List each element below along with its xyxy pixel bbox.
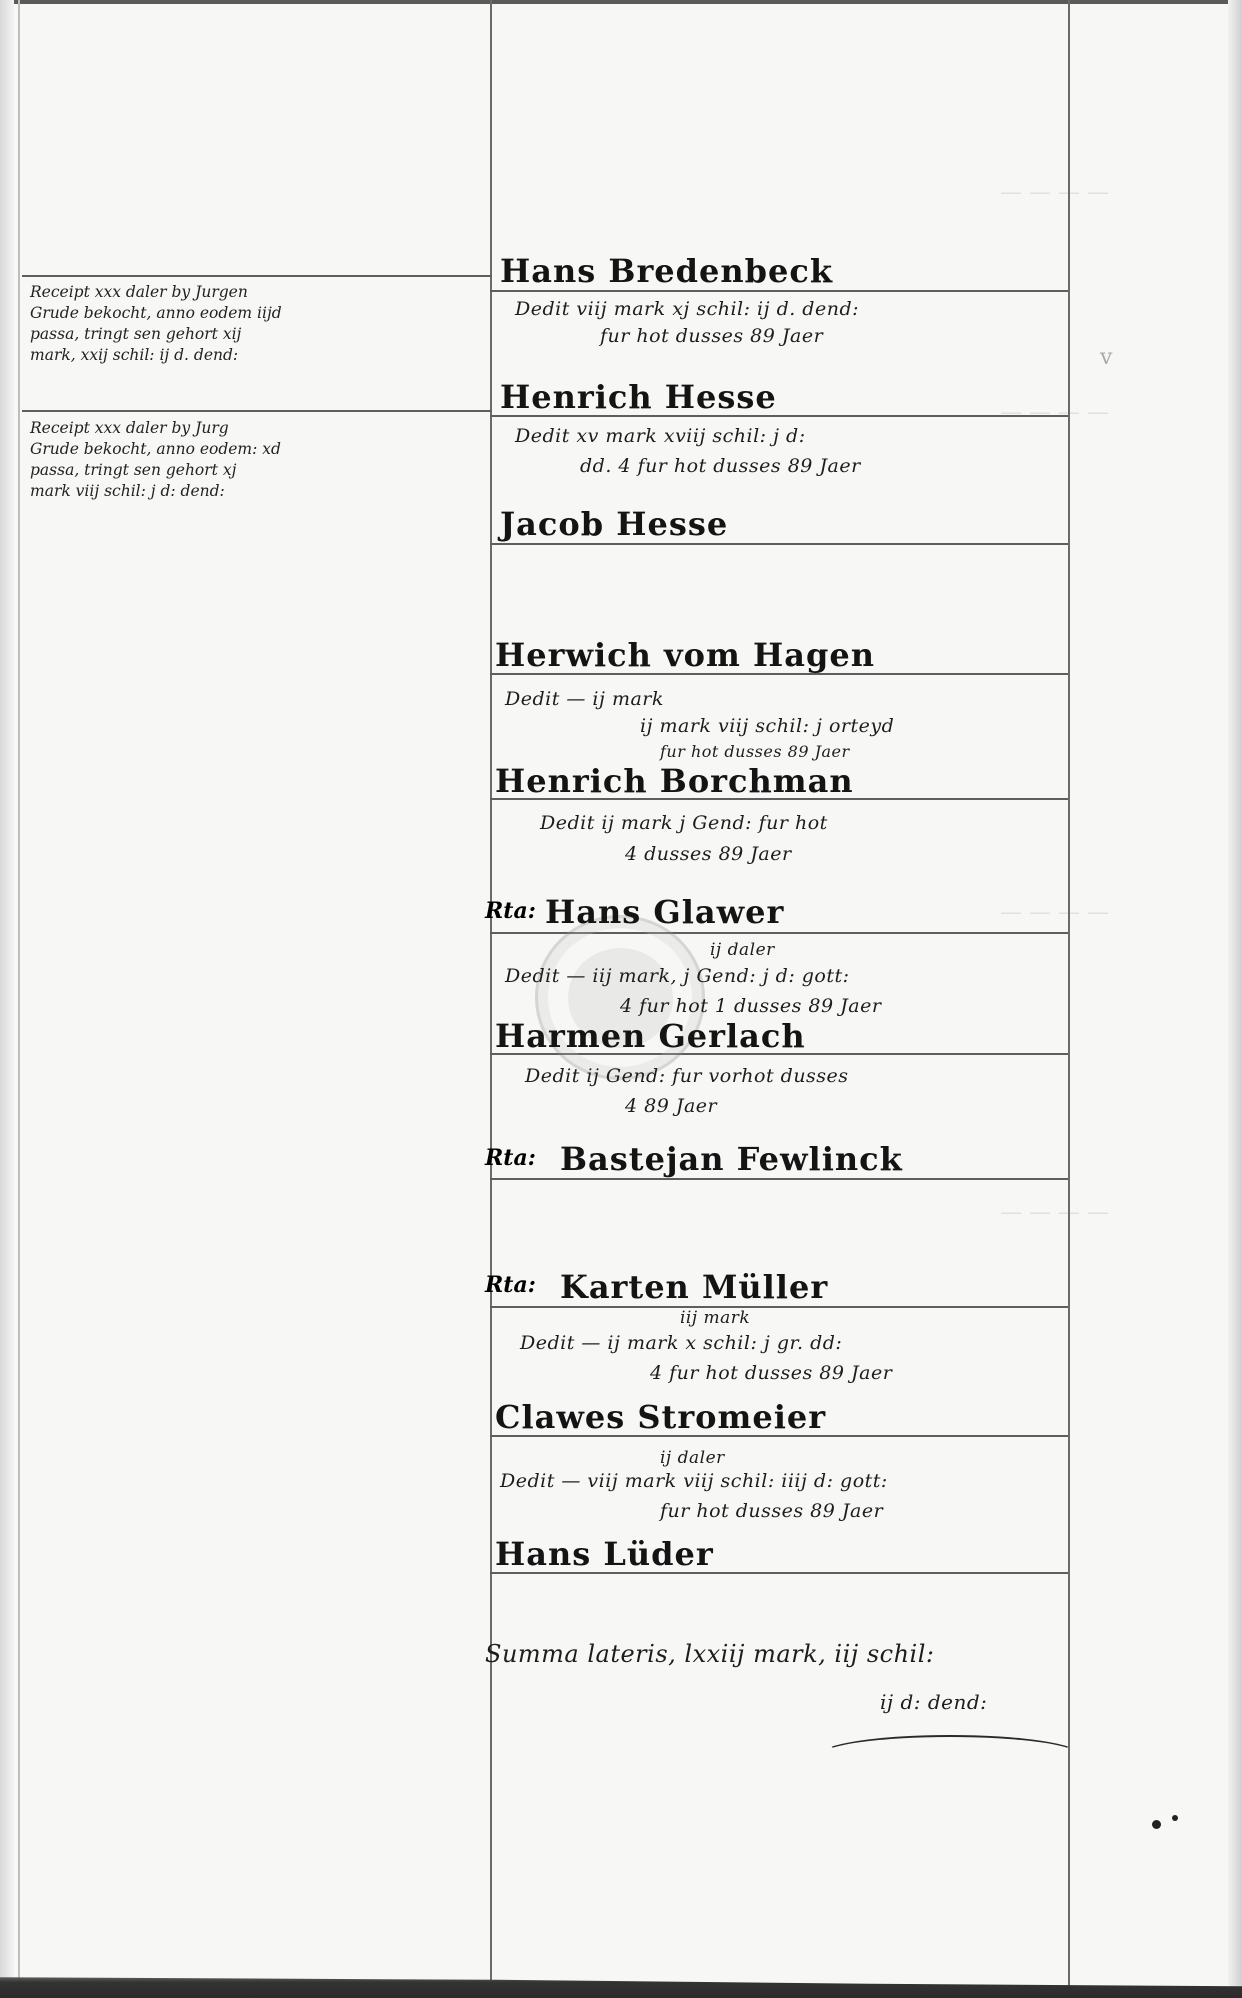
manuscript-page: — — — — — — — — — — — — — — — — Receipt … (0, 0, 1242, 1998)
entry-note: iij mark (680, 1308, 750, 1328)
entry-name: Karten Müller (560, 1268, 828, 1306)
entry-note: fur hot dusses 89 Jaer (660, 742, 850, 761)
margin-note-line: passa, tringt sen gehort xij (30, 324, 480, 345)
summa-lateris: Summa lateris, lxxiij mark, iij schil: (485, 1640, 935, 1668)
page-left-edge (0, 0, 14, 1998)
margin-note-line: Receipt xxx daler by Jurg (30, 418, 480, 439)
entry-rule (490, 290, 1068, 292)
summa-underline-swash (820, 1735, 1080, 1775)
margin-note-line: mark, xxij schil: ij d. dend: (30, 345, 480, 366)
entry-note: 4 fur hot dusses 89 Jaer (650, 1362, 892, 1384)
summa-pfennig: ij d: dend: (880, 1690, 987, 1714)
entry-name: Hans Glawer (545, 893, 784, 931)
right-margin-mark: v (1100, 345, 1113, 370)
entry-name: Clawes Stromeier (495, 1398, 826, 1436)
entry-name: Bastejan Fewlinck (560, 1140, 903, 1178)
column-rule-right (1068, 0, 1070, 1990)
bleed-through-text: — — — — (1000, 900, 1109, 925)
page-top-edge (0, 0, 1242, 4)
entry-marker-rta: Rta: (485, 898, 536, 924)
entry-rule (490, 1306, 1068, 1308)
column-rule-main (490, 0, 492, 1990)
entry-note: Dedit viij mark xj schil: ij d. dend: (515, 298, 859, 320)
entry-note: Dedit ij Gend: fur vorhot dusses (525, 1065, 849, 1087)
entry-note: 4 89 Jaer (625, 1095, 717, 1117)
entry-name: Henrich Hesse (500, 378, 777, 416)
margin-note-line: Grude bekocht, anno eodem: xd (30, 439, 480, 460)
entry-note: 4 fur hot 1 dusses 89 Jaer (620, 995, 881, 1017)
entry-note: fur hot dusses 89 Jaer (660, 1500, 883, 1522)
margin-rule (22, 410, 492, 412)
ink-speck (1152, 1820, 1161, 1829)
margin-note-line: Receipt xxx daler by Jurgen (30, 282, 480, 303)
entry-name: Henrich Borchman (495, 762, 854, 800)
bleed-through-text: — — — — (1000, 1200, 1109, 1225)
entry-name: Harmen Gerlach (495, 1017, 806, 1055)
entry-name: Herwich vom Hagen (495, 636, 875, 674)
entry-name: Hans Bredenbeck (500, 252, 833, 290)
margin-note-2: Receipt xxx daler by Jurg Grude bekocht,… (30, 418, 480, 502)
ink-speck (1172, 1815, 1178, 1821)
entry-note: Dedit — ij mark x schil: j gr. dd: (520, 1332, 842, 1354)
entry-note: ij daler (710, 940, 775, 960)
entry-note: fur hot dusses 89 Jaer (600, 325, 823, 347)
bleed-through-text: — — — — (1000, 180, 1109, 205)
entry-note: Dedit — viij mark viij schil: iiij d: go… (500, 1470, 888, 1492)
entry-name: Jacob Hesse (500, 505, 728, 543)
entry-rule (490, 543, 1068, 545)
entry-marker-rta: Rta: (485, 1145, 536, 1171)
entry-note: Dedit — iij mark, j Gend: j d: gott: (505, 965, 850, 987)
entry-name: Hans Lüder (495, 1535, 714, 1573)
margin-note-line: passa, tringt sen gehort xj (30, 460, 480, 481)
entry-note: Dedit — ij mark (505, 688, 664, 710)
margin-note-1: Receipt xxx daler by Jurgen Grude bekoch… (30, 282, 480, 366)
margin-note-line: mark viij schil: j d: dend: (30, 481, 480, 502)
entry-note: Dedit ij mark j Gend: fur hot (540, 812, 828, 834)
entry-note: 4 dusses 89 Jaer (625, 843, 792, 865)
entry-note: ij daler (660, 1448, 725, 1468)
entry-marker-rta: Rta: (485, 1272, 536, 1298)
entry-note: ij mark viij schil: j orteyd (640, 715, 894, 737)
column-rule-left (18, 0, 20, 1990)
margin-rule (22, 275, 492, 277)
page-right-edge (1228, 0, 1242, 1998)
margin-note-line: Grude bekocht, anno eodem iijd (30, 303, 480, 324)
entry-note: dd. 4 fur hot dusses 89 Jaer (580, 455, 861, 477)
page-bottom-edge (0, 1972, 1242, 1998)
bleed-through-text: — — — — (1000, 400, 1109, 425)
entry-rule (490, 1178, 1068, 1180)
entry-note: Dedit xv mark xviij schil: j d: (515, 425, 806, 447)
